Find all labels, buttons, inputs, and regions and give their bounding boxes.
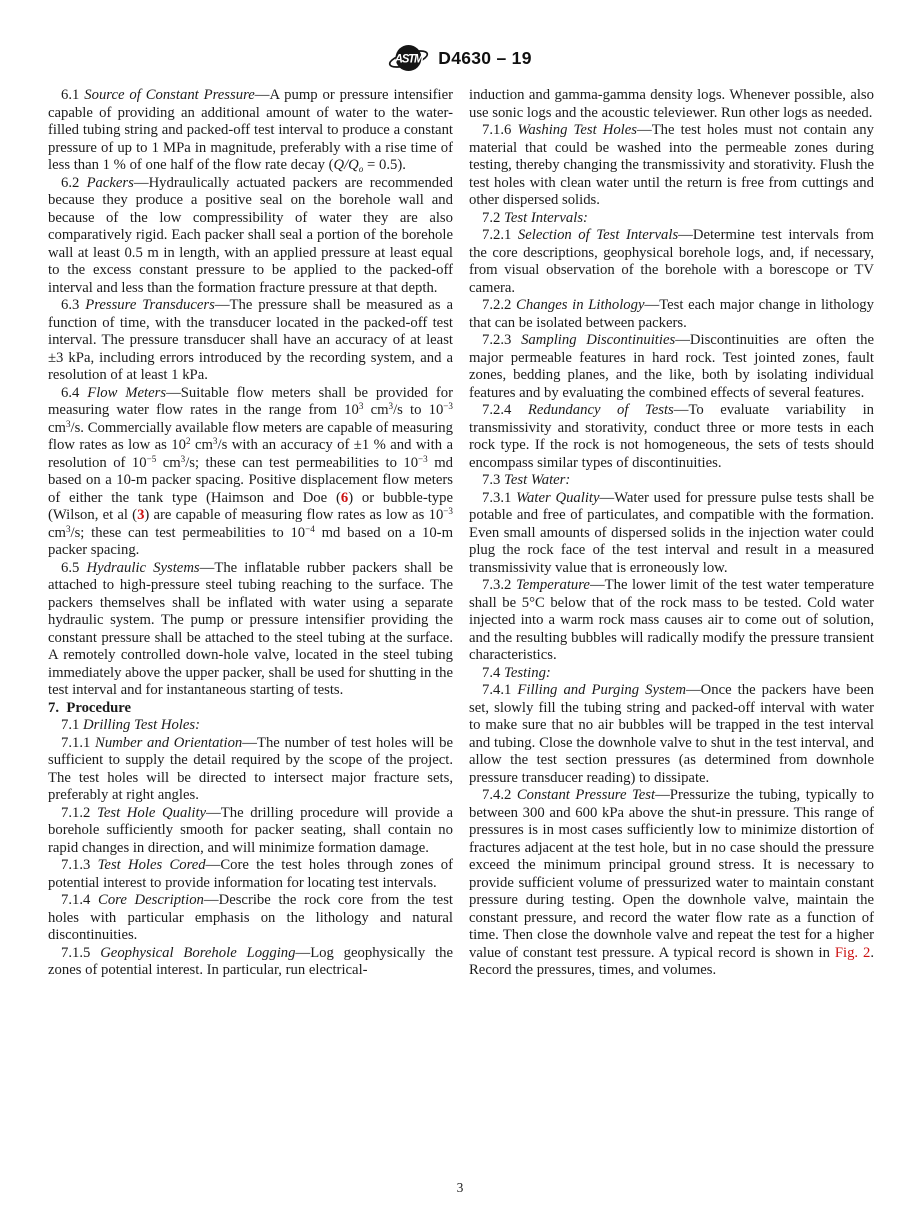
paragraph: 6.1 Source of Constant Pressure—A pump o…	[48, 87, 453, 175]
paragraph: 7.1.1 Number and Orientation—The number …	[48, 735, 453, 805]
text-segment: −4	[305, 524, 315, 534]
text-segment: −5	[147, 454, 157, 464]
paragraph: 7.3 Test Water:	[469, 472, 874, 490]
paragraph: 7.2 Test Intervals:	[469, 210, 874, 228]
text-segment: −3	[418, 454, 428, 464]
text-segment: 6.5	[61, 560, 86, 576]
text-segment: Hydraulic Systems	[86, 560, 199, 576]
text-segment: 7.3	[482, 472, 504, 488]
left-column: 6.1 Source of Constant Pressure—A pump o…	[48, 87, 453, 980]
text-segment: cm	[48, 420, 66, 436]
text-segment: 7.1.3	[61, 857, 98, 873]
text-segment: Flow Meters	[87, 385, 166, 401]
paragraph: 7.4.1 Filling and Purging System—Once th…	[469, 682, 874, 787]
paragraph: 6.2 Packers—Hydraulically actuated packe…	[48, 175, 453, 298]
paragraph: 7.3.2 Temperature—The lower limit of the…	[469, 577, 874, 665]
paragraph: 7.1.6 Washing Test Holes—The test holes …	[469, 122, 874, 210]
text-segment: 7.2.1	[482, 227, 518, 243]
text-segment: cm	[191, 437, 213, 453]
astm-logo-text: ASTM	[394, 54, 424, 66]
text-segment: 7. Procedure	[48, 700, 131, 716]
text-segment: 7.1.4	[61, 892, 98, 908]
paragraph: 6.4 Flow Meters—Suitable flow meters sha…	[48, 385, 453, 560]
text-segment: o	[359, 164, 364, 174]
paragraph: 7.2.1 Selection of Test Intervals—Determ…	[469, 227, 874, 297]
text-segment: −3	[443, 506, 453, 516]
text-segment: cm	[156, 455, 180, 471]
text-segment: 6.4	[61, 385, 87, 401]
text-segment: 6.3	[61, 297, 85, 313]
text-segment: 7.1.6	[482, 122, 517, 138]
text-segment: Temperature	[516, 577, 590, 593]
paragraph: 7.3.1 Water Quality—Water used for press…	[469, 490, 874, 578]
document-page: ASTM D4630 – 19 6.1 Source of Constant P…	[0, 0, 920, 1232]
text-segment: Water Quality	[516, 490, 599, 506]
text-segment: Testing:	[504, 665, 551, 681]
text-segment: 6.1	[61, 87, 84, 103]
text-segment: /s; these can test permeabilities to 10	[185, 455, 418, 471]
text-segment: Pressure Transducers	[85, 297, 215, 313]
paragraph: 6.5 Hydraulic Systems—The inflatable rub…	[48, 560, 453, 700]
right-column: induction and gamma-gamma density logs. …	[469, 87, 874, 980]
text-segment: Constant Pressure Test	[517, 787, 655, 803]
text-segment: Changes in Lithology	[516, 297, 644, 313]
text-segment: cm	[48, 525, 66, 541]
page-number: 3	[0, 1180, 920, 1196]
text-segment: 7.1.2	[61, 805, 97, 821]
document-body: 6.1 Source of Constant Pressure—A pump o…	[48, 87, 874, 980]
text-segment: = 0.5).	[363, 157, 406, 173]
text-segment: 3	[181, 454, 186, 464]
figure-link[interactable]: Fig. 2	[835, 945, 871, 961]
text-segment: 7.2.2	[482, 297, 516, 313]
text-segment: Drilling Test Holes:	[83, 717, 200, 733]
text-segment: 7.4.1	[482, 682, 517, 698]
text-segment: 7.2.4	[482, 402, 528, 418]
text-segment: Test Intervals:	[504, 210, 588, 226]
paragraph: 6.3 Pressure Transducers—The pressure sh…	[48, 297, 453, 385]
paragraph: 7.1.4 Core Description—Describe the rock…	[48, 892, 453, 945]
paragraph: 7.1.2 Test Hole Quality—The drilling pro…	[48, 805, 453, 858]
text-segment: 7.2	[482, 210, 504, 226]
paragraph: 7.1 Drilling Test Holes:	[48, 717, 453, 735]
text-segment: 7.4	[482, 665, 504, 681]
text-segment: 3	[389, 401, 394, 411]
text-segment: Geophysical Borehole Logging	[100, 945, 295, 961]
text-segment: /s to 10	[393, 402, 443, 418]
paragraph: 7.1.3 Test Holes Cored—Core the test hol…	[48, 857, 453, 892]
text-segment: 7.3.2	[482, 577, 516, 593]
astm-logo-icon: ASTM	[388, 40, 429, 77]
text-segment: Packers	[87, 175, 134, 191]
text-segment: Test Hole Quality	[97, 805, 206, 821]
text-segment: 7.4.2	[482, 787, 517, 803]
text-segment: −3	[443, 401, 453, 411]
paragraph: 7.4.2 Constant Pressure Test—Pressurize …	[469, 787, 874, 980]
text-segment: /s; these can test permeabilities to 10	[71, 525, 306, 541]
text-segment: Source of Constant Pressure	[84, 87, 255, 103]
text-segment: Redundancy of Tests	[528, 402, 674, 418]
paragraph: 7.1.5 Geophysical Borehole Logging—Log g…	[48, 945, 453, 980]
section-heading: 7. Procedure	[48, 700, 453, 718]
text-segment: 3	[359, 401, 364, 411]
text-segment: ) are capable of measuring flow rates as…	[144, 507, 443, 523]
text-segment: Core Description	[98, 892, 204, 908]
paragraph: 7.4 Testing:	[469, 665, 874, 683]
text-segment: —The inflatable rubber packers shall be …	[48, 560, 453, 699]
standard-designation: D4630 – 19	[438, 48, 532, 69]
text-segment: 7.1	[61, 717, 83, 733]
text-segment: 7.3.1	[482, 490, 516, 506]
text-segment: Q/Q	[333, 157, 358, 173]
paragraph: 7.2.3 Sampling Discontinuities—Discontin…	[469, 332, 874, 402]
text-segment: 7.2.3	[482, 332, 521, 348]
paragraph: 7.2.4 Redundancy of Tests—To evaluate va…	[469, 402, 874, 472]
text-segment: 7.1.5	[61, 945, 100, 961]
text-segment: Filling and Purging System	[517, 682, 686, 698]
text-segment: 6.2	[61, 175, 87, 191]
text-segment: 2	[186, 436, 191, 446]
text-segment: Sampling Discontinuities	[521, 332, 675, 348]
text-segment: Number and Orientation	[95, 735, 242, 751]
text-segment: 3	[66, 524, 71, 534]
page-header: ASTM D4630 – 19	[0, 40, 920, 77]
text-segment: 3	[213, 436, 218, 446]
text-segment: 7.1.1	[61, 735, 95, 751]
paragraph: 7.2.2 Changes in Lithology—Test each maj…	[469, 297, 874, 332]
text-segment: 3	[66, 419, 71, 429]
text-segment: Washing Test Holes	[517, 122, 637, 138]
paragraph: induction and gamma-gamma density logs. …	[469, 87, 874, 122]
text-segment: Selection of Test Intervals	[518, 227, 678, 243]
text-segment: cm	[363, 402, 388, 418]
text-segment: —Pressurize the tubing, typically to bet…	[469, 787, 874, 961]
text-segment: Test Holes Cored	[98, 857, 206, 873]
text-segment: induction and gamma-gamma density logs. …	[469, 87, 874, 121]
text-segment: —Hydraulically actuated packers are reco…	[48, 175, 453, 296]
text-segment: Test Water:	[504, 472, 570, 488]
